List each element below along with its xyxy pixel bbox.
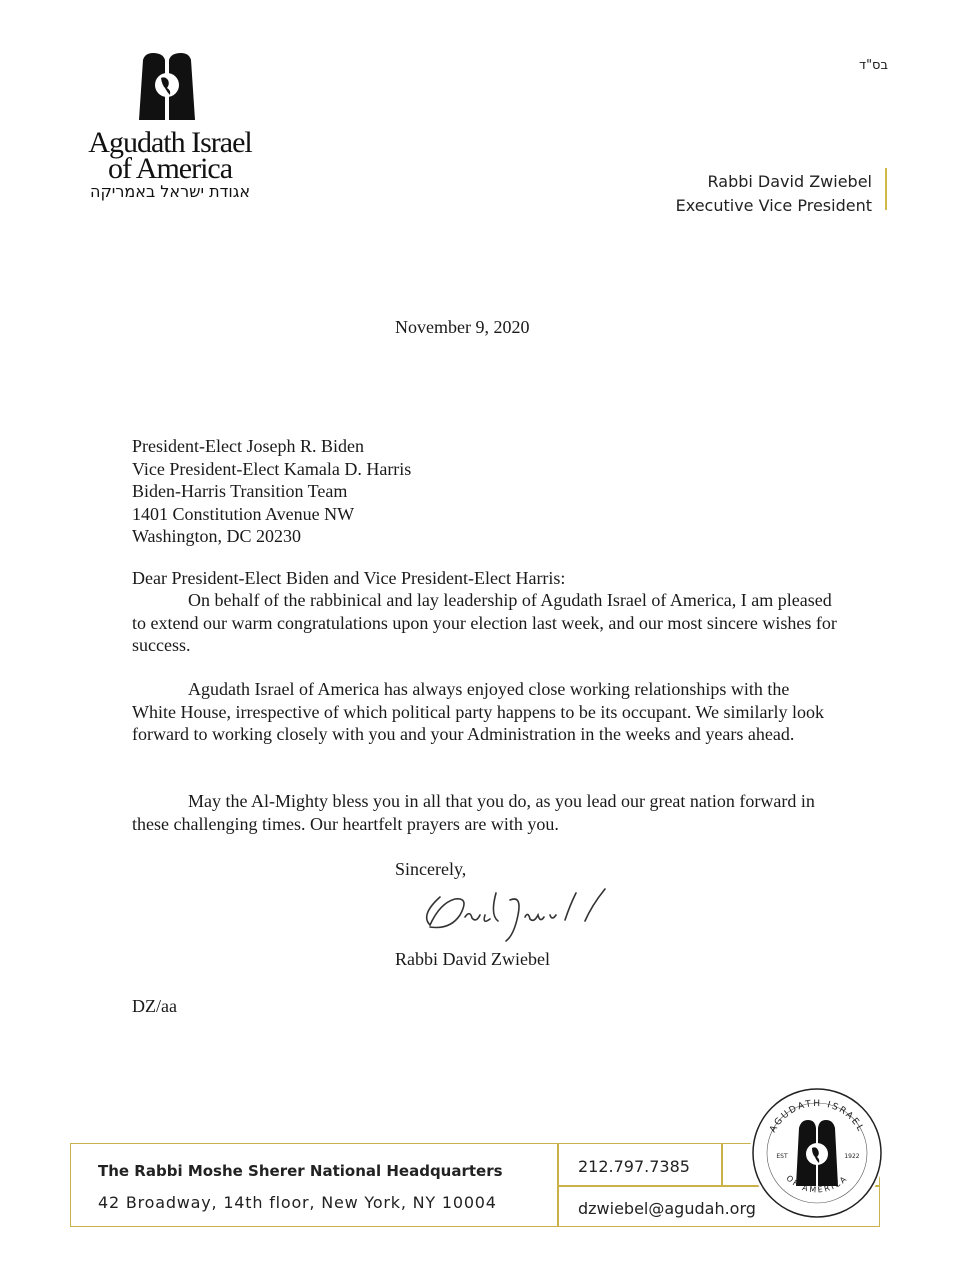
signature-icon [410,885,620,945]
email-address[interactable]: dzwiebel@agudah.org [578,1199,756,1218]
address-line: President-Elect Joseph R. Biden [132,435,411,458]
typist-initials: DZ/aa [132,995,177,1018]
accent-bar [885,168,887,210]
letter-date: November 9, 2020 [395,316,529,339]
sender-name: Rabbi David Zwiebel [676,170,872,194]
recipient-address: President-Elect Joseph R. Biden Vice Pre… [132,435,411,548]
signature-name: Rabbi David Zwiebel [395,948,550,971]
org-name-line2: of America [70,156,270,182]
phone-number[interactable]: 212.797.7385 [578,1157,690,1176]
hq-address: 42 Broadway, 14th floor, New York, NY 10… [98,1193,497,1212]
address-line: 1401 Constitution Avenue NW [132,503,411,526]
org-name-hebrew: אגודת ישראל באמריקה [70,182,270,201]
organization-seal-icon: AGUDATH ISRAEL OF AMERICA EST 1922 [750,1086,884,1220]
body-paragraph: On behalf of the rabbinical and lay lead… [132,589,837,657]
organization-name: Agudath Israel of America [70,130,270,182]
body-paragraph: Agudath Israel of America has always enj… [132,678,837,746]
seal-est: EST [776,1153,788,1160]
sender-block: Rabbi David Zwiebel Executive Vice Presi… [676,170,872,218]
address-line: Vice President-Elect Kamala D. Harris [132,458,411,481]
body-paragraph: May the Al-Mighty bless you in all that … [132,790,837,835]
salutation: Dear President-Elect Biden and Vice Pres… [132,567,565,590]
seal-year: 1922 [844,1153,859,1160]
hq-title: The Rabbi Moshe Sherer National Headquar… [98,1162,503,1180]
address-line: Washington, DC 20230 [132,525,411,548]
address-line: Biden-Harris Transition Team [132,480,411,503]
sender-title: Executive Vice President [676,194,872,218]
bsd-notation: בס"ד [859,58,888,73]
footer-divider [721,1143,723,1185]
organization-logo-icon [137,52,197,122]
closing: Sincerely, [395,858,466,881]
